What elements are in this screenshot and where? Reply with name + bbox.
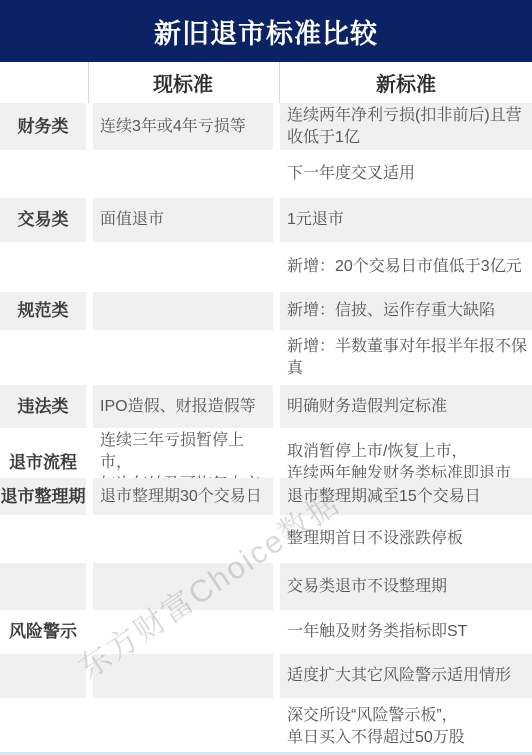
header-spacer bbox=[0, 62, 86, 103]
cell-old-standard: 退市整理期30个交易日 bbox=[93, 478, 273, 515]
column-header-old-standard: 现标准 bbox=[93, 62, 273, 103]
table-row-illegal: 违法类 IPO造假、财报造假等 明确财务造假判定标准 bbox=[0, 385, 532, 428]
cell-category bbox=[0, 330, 86, 385]
column-divider bbox=[88, 62, 89, 103]
table-row-compliance: 规范类 新增：信披、运作存重大缺陷 bbox=[0, 292, 532, 330]
cell-new-standard: 交易类退市不设整理期 bbox=[280, 563, 532, 610]
cell-new-standard: 适度扩大其它风险警示适用情形 bbox=[280, 654, 532, 698]
cell-category bbox=[0, 150, 86, 198]
cell-category: 风险警示 bbox=[0, 610, 86, 654]
table-row-compliance-cont: 新增：半数董事对年报半年报不保真 bbox=[0, 330, 532, 385]
cell-category: 财务类 bbox=[0, 103, 86, 151]
table-row-consolidation-cont: 交易类退市不设整理期 bbox=[0, 563, 532, 610]
delisting-standards-infographic: 新旧退市标准比较 现标准 新标准 财务类 连续3年或4年亏损等 连续两年净利亏损… bbox=[0, 0, 532, 755]
column-header-row: 现标准 新标准 bbox=[0, 62, 532, 103]
table-row-risk-warning-cont: 深交所设“风险警示板”， 单日买入不得超过50万股 bbox=[0, 698, 532, 755]
table-row-trading: 交易类 面值退市 1元退市 bbox=[0, 198, 532, 242]
table-row-consolidation-period: 退市整理期 退市整理期30个交易日 退市整理期减至15个交易日 bbox=[0, 478, 532, 515]
page-title: 新旧退市标准比较 bbox=[154, 12, 378, 51]
cell-old-standard bbox=[93, 610, 273, 654]
cell-category: 退市整理期 bbox=[0, 478, 86, 515]
table-row-delisting-process: 退市流程 连续三年亏损暂停上市， 如次年转盈可恢复上市 取消暂停上市/恢复上市，… bbox=[0, 428, 532, 478]
cell-old-standard: 面值退市 bbox=[93, 198, 273, 242]
cell-new-standard: 新增：信披、运作存重大缺陷 bbox=[280, 292, 532, 330]
cell-category bbox=[0, 515, 86, 563]
table-row-consolidation-cont: 整理期首日不设涨跌停板 bbox=[0, 515, 532, 563]
cell-category: 规范类 bbox=[0, 292, 86, 330]
cell-new-standard: 一年触及财务类指标即ST bbox=[280, 610, 532, 654]
cell-old-standard: 连续3年或4年亏损等 bbox=[93, 103, 273, 151]
cell-new-standard: 新增：20个交易日市值低于3亿元 bbox=[280, 242, 532, 292]
cell-old-standard bbox=[93, 698, 273, 755]
cell-new-standard: 退市整理期减至15个交易日 bbox=[280, 478, 532, 515]
cell-old-standard bbox=[93, 292, 273, 330]
cell-category bbox=[0, 563, 86, 610]
cell-category bbox=[0, 242, 86, 292]
cell-new-standard: 明确财务造假判定标准 bbox=[280, 385, 532, 428]
cell-old-standard bbox=[93, 563, 273, 610]
table-row-finance-cont: 下一年度交叉适用 bbox=[0, 150, 532, 198]
cell-category: 交易类 bbox=[0, 198, 86, 242]
cell-new-standard: 深交所设“风险警示板”， 单日买入不得超过50万股 bbox=[280, 698, 532, 755]
cell-category: 违法类 bbox=[0, 385, 86, 428]
cell-category bbox=[0, 698, 86, 755]
cell-new-standard: 连续两年净利亏损(扣非前后)且营收低于1亿 bbox=[280, 103, 532, 151]
cell-old-standard bbox=[93, 515, 273, 563]
cell-old-standard bbox=[93, 242, 273, 292]
cell-new-standard: 1元退市 bbox=[280, 198, 532, 242]
title-bar: 新旧退市标准比较 bbox=[0, 0, 532, 62]
table-row-trading-cont: 新增：20个交易日市值低于3亿元 bbox=[0, 242, 532, 292]
cell-old-standard bbox=[93, 654, 273, 698]
table-row-risk-warning: 风险警示 一年触及财务类指标即ST bbox=[0, 610, 532, 654]
table-row-risk-warning-cont: 适度扩大其它风险警示适用情形 bbox=[0, 654, 532, 698]
cell-old-standard: IPO造假、财报造假等 bbox=[93, 385, 273, 428]
cell-old-standard bbox=[93, 150, 273, 198]
cell-category bbox=[0, 654, 86, 698]
cell-new-standard: 下一年度交叉适用 bbox=[280, 150, 532, 198]
cell-new-standard: 整理期首日不设涨跌停板 bbox=[280, 515, 532, 563]
table-row-finance: 财务类 连续3年或4年亏损等 连续两年净利亏损(扣非前后)且营收低于1亿 bbox=[0, 103, 532, 150]
cell-new-standard: 新增：半数董事对年报半年报不保真 bbox=[280, 330, 532, 385]
cell-old-standard bbox=[93, 330, 273, 385]
column-divider bbox=[279, 62, 280, 103]
column-header-new-standard: 新标准 bbox=[280, 62, 532, 103]
